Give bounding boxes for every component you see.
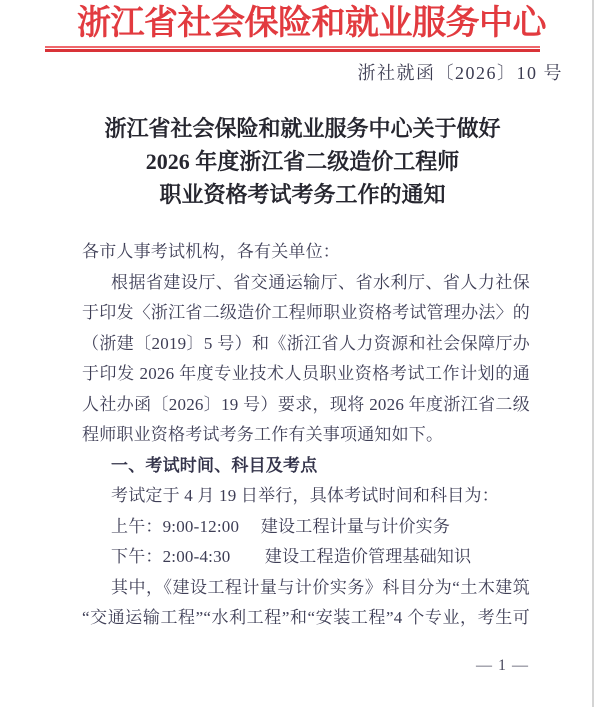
body-line: “交通运输工程”“水利工程”和“安装工程”4 个专业，考生可 (82, 603, 530, 634)
document-page: 浙江省社会保险和就业服务中心 浙社就函〔2026〕10 号 浙江省社会保险和就业… (0, 0, 595, 707)
header-divider (45, 46, 540, 52)
header-divider-thick-line (45, 49, 540, 52)
body-line: 各市人事考试机构，各有关单位： (82, 237, 530, 268)
notice-body: 各市人事考试机构，各有关单位：根据省建设厅、省交通运输厅、省水利厅、省人力社保厅… (82, 237, 530, 634)
page-number: — 1 — (476, 656, 529, 676)
section-heading: 一、考试时间、科目及考点 (82, 451, 530, 482)
body-line: 下午：2:00-4:30 建设工程造价管理基础知识 (82, 542, 530, 573)
title-line: 2026 年度浙江省二级造价工程师 (10, 145, 595, 178)
body-line: 根据省建设厅、省交通运输厅、省水利厅、省人力社保厅《关 (82, 268, 530, 299)
issuing-org-name: 浙江省社会保险和就业服务中心 (0, 3, 595, 45)
title-line: 浙江省社会保险和就业服务中心关于做好 (10, 112, 595, 145)
body-line: 于印发 2026 年度专业技术人员职业资格考试工作计划的通知》（浙 (82, 359, 530, 390)
body-line: （浙建〔2019〕5 号）和《浙江省人力资源和社会保障厅办公室关 (82, 329, 530, 360)
body-line: 上午：9:00-12:00 建设工程计量与计价实务 (82, 512, 530, 543)
notice-title: 浙江省社会保险和就业服务中心关于做好2026 年度浙江省二级造价工程师职业资格考… (0, 112, 595, 211)
body-line: 程师职业资格考试考务工作有关事项通知如下。 (82, 420, 530, 451)
body-line: 于印发〈浙江省二级造价工程师职业资格考试管理办法〉的通知》 (82, 298, 530, 329)
body-line: 人社办函〔2026〕19 号）要求，现将 2026 年度浙江省二级造价工 (82, 390, 530, 421)
body-line: 考试定于 4 月 19 日举行，具体考试时间和科目为： (82, 481, 530, 512)
body-line: 其中，《建设工程计量与计价实务》科目分为“土木建筑工程” (82, 573, 530, 604)
scan-edge-artifact (592, 0, 594, 707)
document-number: 浙社就函〔2026〕10 号 (358, 60, 564, 86)
title-line: 职业资格考试考务工作的通知 (10, 178, 595, 211)
